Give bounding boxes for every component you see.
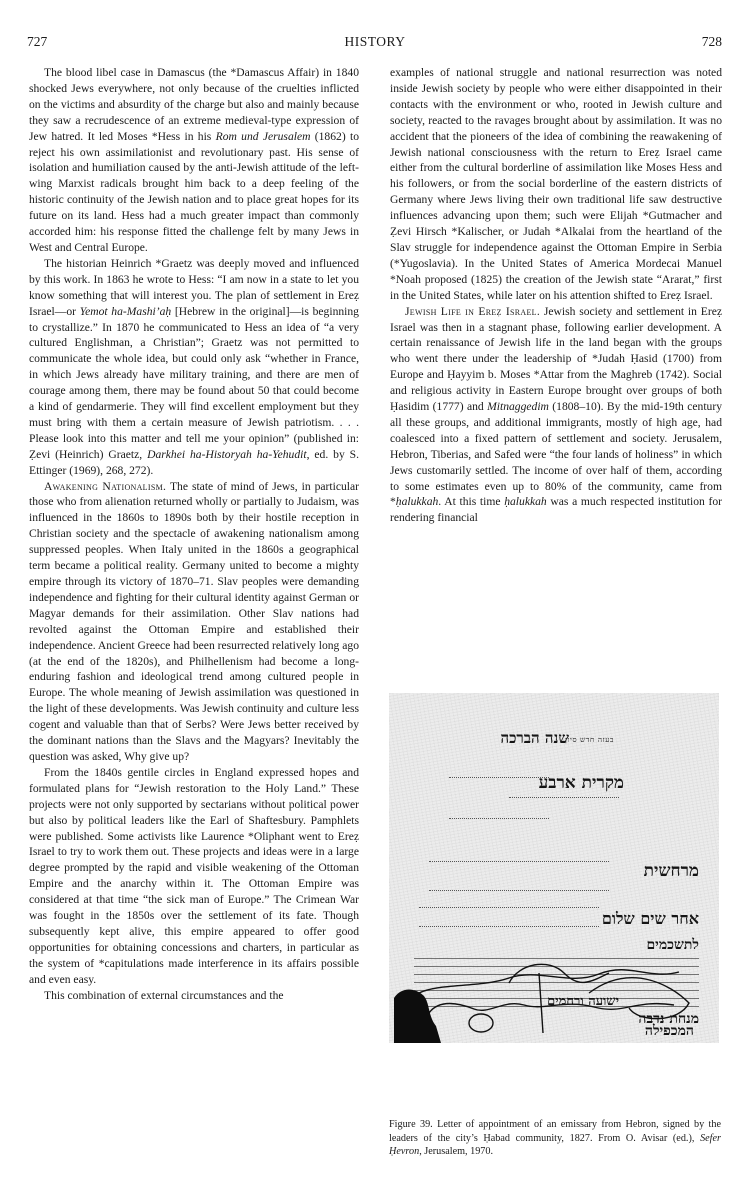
signatures-icon <box>389 693 719 1043</box>
paragraph-graetz: The historian Heinrich *Graetz was deepl… <box>29 256 359 479</box>
paragraph-awakening-nationalism: Awakening Nationalism. The state of mind… <box>29 479 359 765</box>
section-heading: Jewish Life in Ereẓ Israel. <box>405 305 540 318</box>
right-page-number: 728 <box>702 34 722 50</box>
paragraph-combination: This combination of external circumstanc… <box>29 988 359 1004</box>
figure-caption: Figure 39. Letter of appointment of an e… <box>389 1118 721 1159</box>
left-column: The blood libel case in Damascus (the *D… <box>29 65 359 1003</box>
figure-label: Figure 39. <box>389 1119 433 1130</box>
paragraph-jewish-life: Jewish Life in Ereẓ Israel. Jewish socie… <box>390 304 722 527</box>
section-heading: Awakening Nationalism. <box>44 480 166 493</box>
paragraph-england: From the 1840s gentile circles in Englan… <box>29 765 359 988</box>
paragraph-national-struggle: examples of national struggle and nation… <box>390 65 722 304</box>
running-title: HISTORY <box>0 34 750 50</box>
page-header: 727 HISTORY 728 <box>0 30 750 50</box>
figure-hebrew-letter: בעזה חדש סיון שנה הברכה מקרית ארבע מרחשי… <box>389 693 719 1043</box>
right-column: examples of national struggle and nation… <box>390 65 722 526</box>
paragraph-damascus: The blood libel case in Damascus (the *D… <box>29 65 359 256</box>
